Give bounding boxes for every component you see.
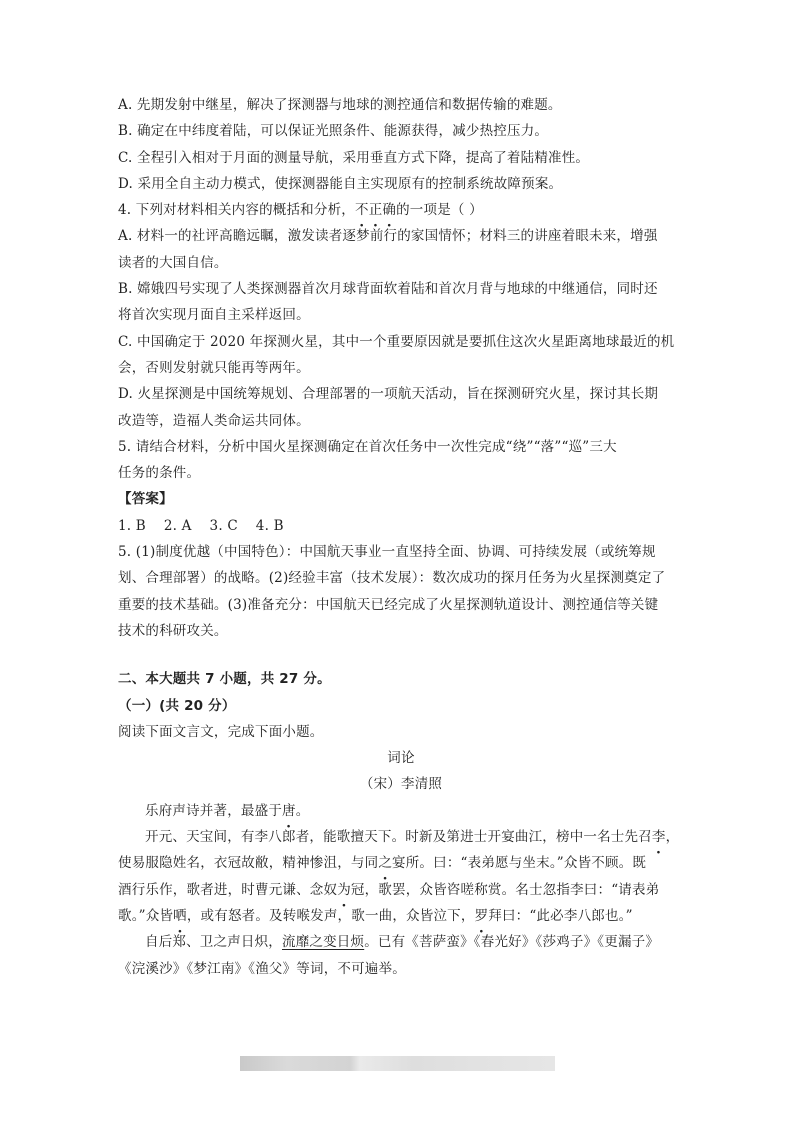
- q5-line2: 任务的条件。: [118, 460, 684, 486]
- document-page: A. 先期发射中继星，解决了探测器与地球的测控通信和数据传输的难题。 B. 确定…: [118, 92, 684, 982]
- emphasis-char: 为: [337, 882, 351, 898]
- blurred-footer-watermark: [240, 1056, 555, 1071]
- q3-option-a: A. 先期发射中继星，解决了探测器与地球的测控通信和数据传输的难题。: [118, 92, 684, 118]
- q3-option-d: D. 采用全自主动力模式，使探测器能自主实现原有的控制系统故障预案。: [118, 171, 684, 197]
- passage-paragraph-2-line1: 开元、天宝间，有李八郎者，能歌擅天下。时新及第进士开宴曲江，榜中一名士先召李，: [118, 824, 684, 850]
- section2-subheading: （一）(共 20 分）: [118, 693, 684, 719]
- emphasis-char: 不: [355, 202, 369, 218]
- passage-author: （宋）李清照: [118, 771, 684, 797]
- q4-option-d-line1: D. 火星探测是中国统筹规划、合理部署的一项航天活动，旨在探测研究火星，探讨其长…: [118, 381, 684, 407]
- q5-line1: 5. 请结合材料，分析中国火星探测确定在首次任务中一次性完成“绕”“落”“巡”三…: [118, 434, 684, 460]
- q4-option-c-line2: 会，否则发射就只能再等两年。: [118, 355, 684, 381]
- section2-heading: 二、本大题共 7 小题，共 27 分。: [118, 666, 684, 692]
- q3-option-c: C. 全程引入相对于月面的测量导航，采用垂直方式下降，提高了着陆精准性。: [118, 145, 684, 171]
- passage-paragraph-2-line3: 酒行乐作，歌者进，时曹元谦、念奴为冠，歌罢，众皆咨嗟称赏。名士忽指李曰：“请表弟: [118, 877, 684, 903]
- q4-stem: 4. 下列对材料相关内容的概括和分析，不正确的一项是（ ）: [118, 197, 684, 223]
- q4-option-a-line2: 读者的大国自信。: [118, 250, 684, 276]
- answer-q5-line4: 技术的科研攻关。: [118, 618, 684, 644]
- answer-q5-line3: 重要的技术基础。(3)准备充分：中国航天已经完成了火星探测轨道设计、测控通信等关…: [118, 592, 684, 618]
- passage-paragraph-3-line1: 自后郑、卫之声日炽，流靡之变日烦。已有《菩萨蛮》《春光好》《莎鸡子》《更漏子》: [118, 929, 684, 955]
- answer-heading: 【答案】: [118, 486, 684, 512]
- passage-paragraph-3-line2: 《浣溪沙》《梦江南》《渔父》等词，不可遍举。: [118, 956, 684, 982]
- q4-option-d-line2: 改造等，造福人类命运共同体。: [118, 408, 684, 434]
- q4-option-b-line2: 将首次实现月面自主采样返回。: [118, 302, 684, 328]
- q4-option-c-line1: C. 中国确定于 2020 年探测火星，其中一个重要原因就是要抓住这次火星距离地…: [118, 329, 684, 355]
- q4-option-a-line1: A. 材料一的社评高瞻远瞩，激发读者逐梦前行的家国情怀；材料三的讲座着眼未来，增…: [118, 223, 684, 249]
- section-spacer: [118, 644, 684, 666]
- passage-title: 词论: [118, 745, 684, 771]
- emphasis-char: 于: [268, 803, 282, 819]
- underlined-phrase: 流靡之变日烦: [282, 934, 364, 950]
- emphasis-char: 召: [638, 829, 652, 845]
- passage-paragraph-1: 乐府声诗并著，最盛于唐。: [118, 798, 684, 824]
- q3-option-b: B. 确定在中纬度着陆，可以保证光照条件、能源获得，减少热控压力。: [118, 118, 684, 144]
- section2-instruction: 阅读下面文言文，完成下面小题。: [118, 719, 684, 745]
- emphasis-char: 之: [378, 855, 392, 871]
- answer-q5-line2: 划、合理部署）的战略。(2)经验丰富（技术发展）：数次成功的探月任务为火星探测奠…: [118, 565, 684, 591]
- emphasis-char: 哂: [173, 908, 187, 924]
- passage-paragraph-2-line4: 歌。”众皆哂，或有怒者。及转喉发声，歌一曲，众皆泣下，罗拜曰：“此必李八郎也。”: [118, 903, 684, 929]
- emphasis-char: 确: [382, 202, 396, 218]
- q4-option-b-line1: B. 嫦娥四号实现了人类探测器首次月球背面软着陆和首次月背与地球的中继通信，同时…: [118, 276, 684, 302]
- answer-choices: 1. B 2. A 3. C 4. B: [118, 513, 684, 539]
- emphasis-char: 罗: [475, 908, 489, 924]
- emphasis-char: 正: [369, 202, 383, 218]
- passage-paragraph-2-line2: 使易服隐姓名，衣冠故敝，精神惨沮，与同之宴所。曰：“表弟愿与坐末。”众皆不顾。既: [118, 850, 684, 876]
- answer-q5-line1: 5. (1)制度优越（中国特色）：中国航天事业一直坚持全面、协调、可持续发展（或…: [118, 539, 684, 565]
